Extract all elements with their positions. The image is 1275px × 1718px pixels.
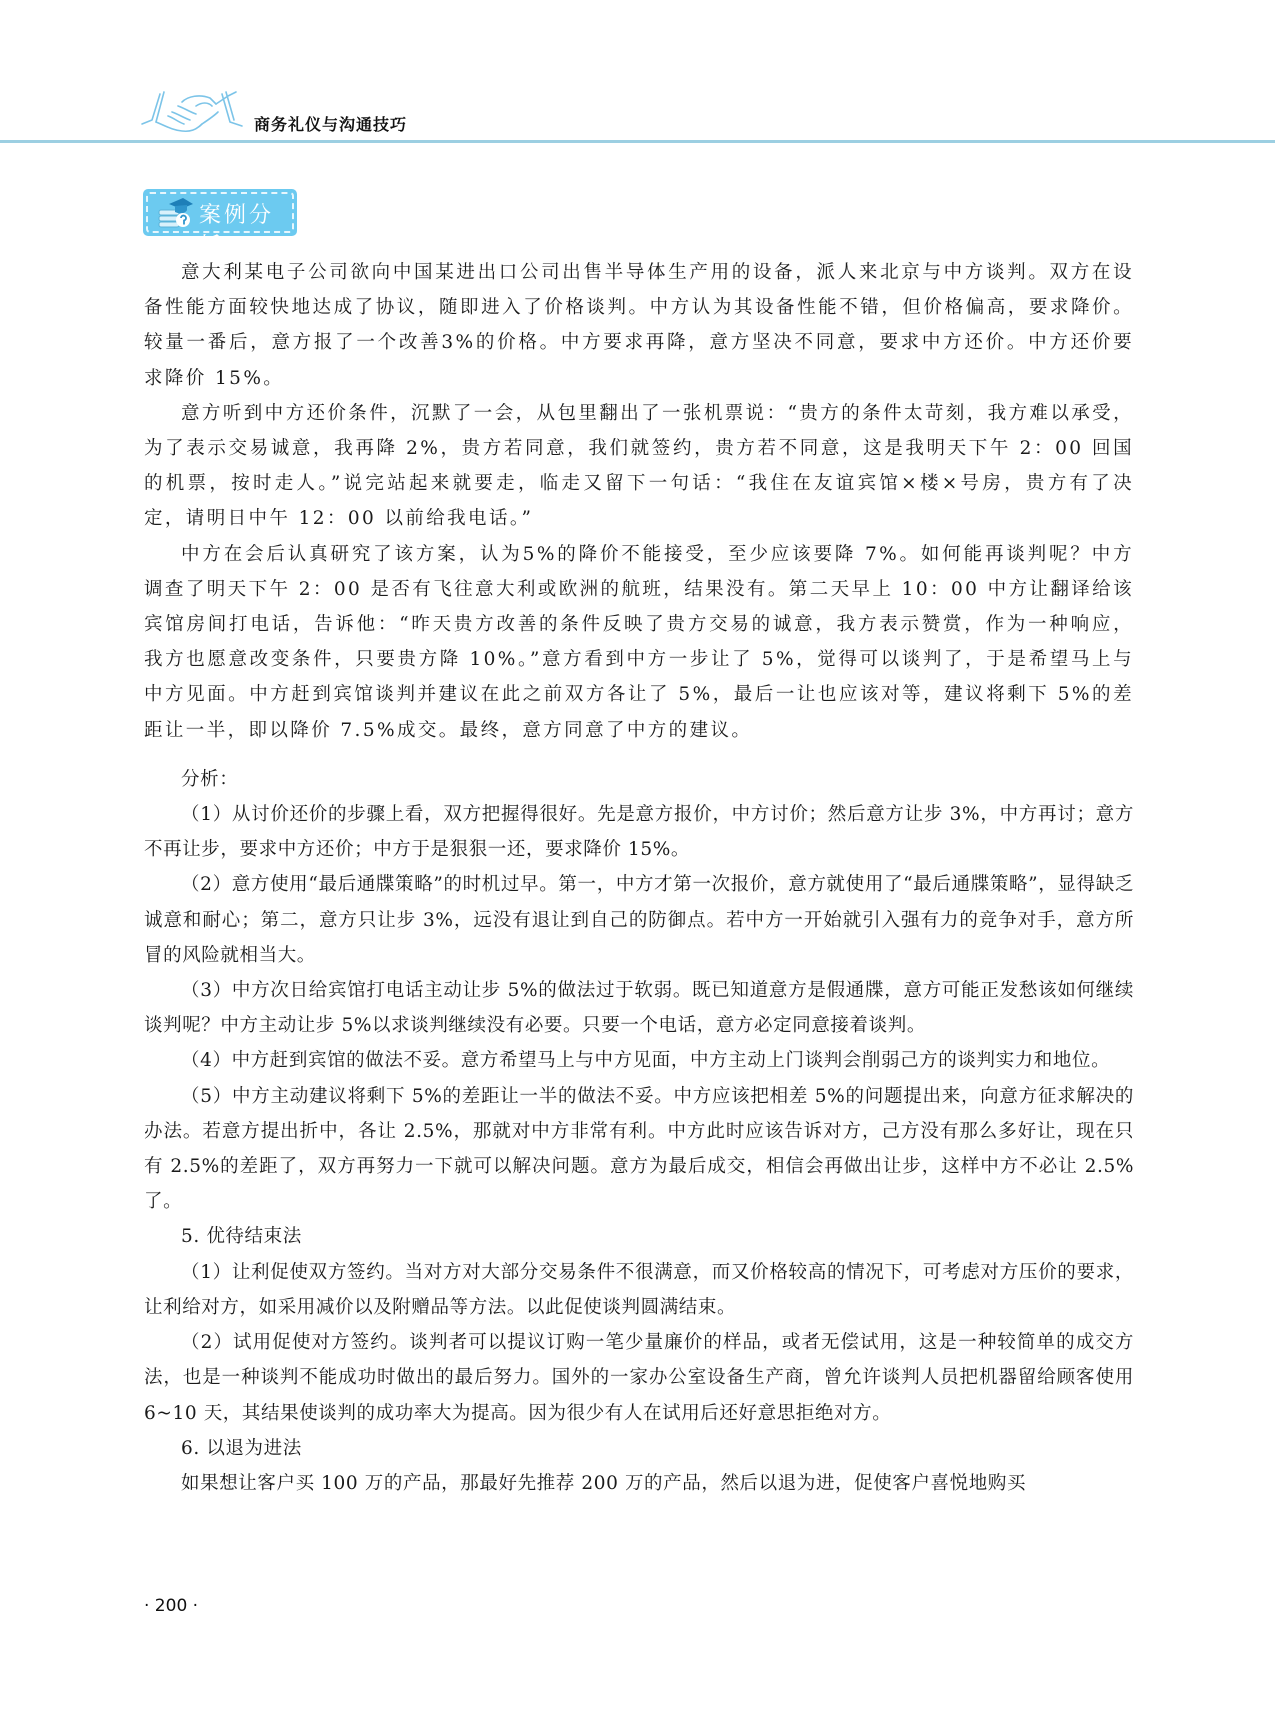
analysis-point: （2）意方使用“最后通牒策略”的时机过早。第一，中方才第一次报价，意方就使用了“… [144, 867, 1134, 973]
handshake-icon [138, 86, 248, 136]
analysis-point: （5）中方主动建议将剩下 5%的差距让一半的做法不妥。中方应该把相差 5%的问题… [144, 1079, 1134, 1220]
section-heading: 6. 以退为进法 [144, 1431, 1134, 1466]
section-paragraph: 如果想让客户买 100 万的产品，那最好先推荐 200 万的产品，然后以退为进，… [144, 1466, 1134, 1501]
header-divider [0, 140, 1275, 143]
analysis-heading: 分析： [144, 762, 1134, 797]
graduation-cap-books-icon [157, 194, 195, 230]
badge-label: 案例分析 [199, 198, 297, 260]
main-content: 意大利某电子公司欲向中国某进出口公司出售半导体生产用的设备，派人来北京与中方谈判… [144, 255, 1134, 1501]
case-paragraph: 意大利某电子公司欲向中国某进出口公司出售半导体生产用的设备，派人来北京与中方谈判… [144, 255, 1134, 396]
case-paragraph: 中方在会后认真研究了该方案，认为5%的降价不能接受，至少应该要降 7%。如何能再… [144, 537, 1134, 748]
page-number: · 200 · [144, 1596, 198, 1616]
analysis-section: 分析： （1）从讨价还价的步骤上看，双方把握得很好。先是意方报价，中方讨价；然后… [144, 762, 1134, 1220]
section-point: （2）试用促使对方签约。谈判者可以提议订购一笔少量廉价的样品，或者无偿试用，这是… [144, 1325, 1134, 1431]
analysis-point: （3）中方次日给宾馆打电话主动让步 5%的做法过于软弱。既已知道意方是假通牒，意… [144, 973, 1134, 1043]
case-paragraph: 意方听到中方还价条件，沉默了一会，从包里翻出了一张机票说：“贵方的条件太苛刻，我… [144, 396, 1134, 537]
analysis-point: （4）中方赶到宾馆的做法不妥。意方希望马上与中方见面，中方主动上门谈判会削弱己方… [144, 1043, 1134, 1078]
section-6: 6. 以退为进法 如果想让客户买 100 万的产品，那最好先推荐 200 万的产… [144, 1431, 1134, 1501]
case-body: 意大利某电子公司欲向中国某进出口公司出售半导体生产用的设备，派人来北京与中方谈判… [144, 255, 1134, 748]
analysis-point: （1）从讨价还价的步骤上看，双方把握得很好。先是意方报价，中方讨价；然后意方让步… [144, 797, 1134, 867]
case-analysis-badge: 案例分析 [143, 189, 297, 236]
book-title: 商务礼仪与沟通技巧 [254, 112, 407, 135]
section-5: 5. 优待结束法 （1）让利促使双方签约。当对方对大部分交易条件不很满意，而又价… [144, 1219, 1134, 1430]
section-point: （1）让利促使双方签约。当对方对大部分交易条件不很满意，而又价格较高的情况下，可… [144, 1255, 1134, 1325]
page-header: 商务礼仪与沟通技巧 [0, 0, 1275, 145]
section-heading: 5. 优待结束法 [144, 1219, 1134, 1254]
